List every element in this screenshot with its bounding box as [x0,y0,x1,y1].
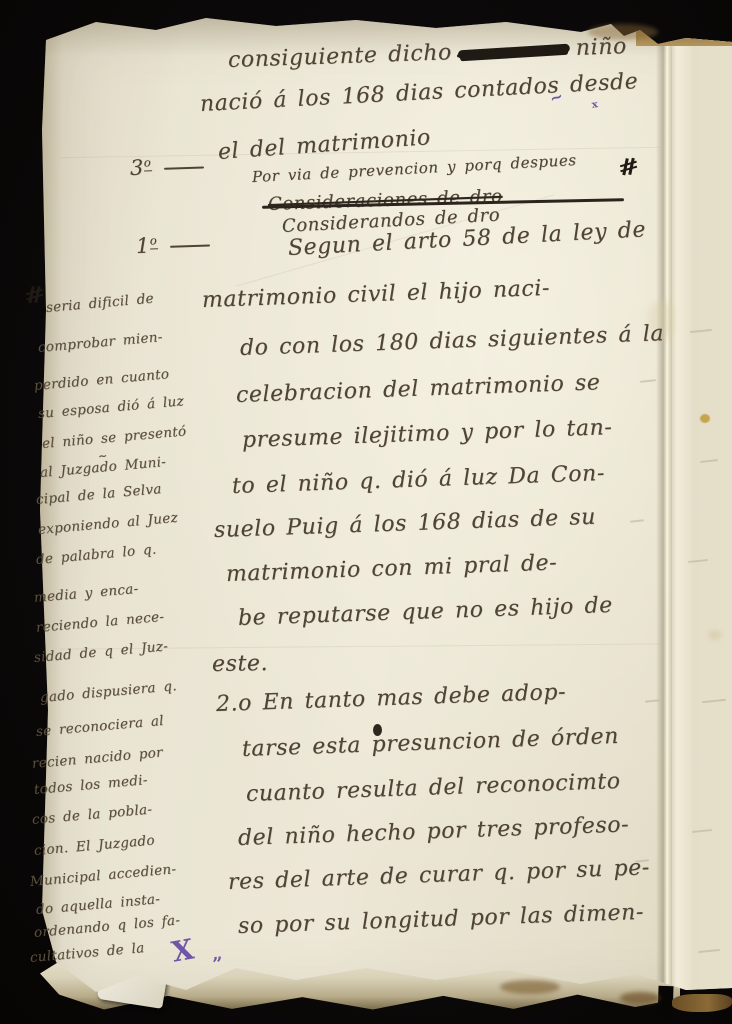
purple-pen-speck: x [591,99,599,111]
manuscript-line: so por su longitud por las dimen- [238,900,645,939]
inked-out-word [458,43,570,59]
margin-note-line: recien nacido por [31,745,163,772]
section-marker: 3o [130,153,204,180]
manuscript-line: be reputarse que no es hijo de [238,593,614,631]
insertion-mark-icon [619,157,636,174]
manuscript-line: cuanto resulta del reconocimto [246,769,621,807]
margin-note-line: cipal de la Selva [35,481,162,508]
margin-note-line: cultativos de la [29,940,145,966]
margin-note-line: comprobar mien- [37,329,163,356]
manuscript-line: 2.o En tanto mas debe adop- [216,680,567,717]
marker-dash [164,166,204,169]
margin-note-line: todos los medi- [33,772,148,798]
manuscript-line: to el niño q. dió á luz Da Con- [232,461,606,499]
manuscript-line: do con los 180 dias siguientes á la [240,321,665,361]
margin-note-line: cos de la pobla- [31,802,153,828]
margin-note-line: reciendo la nece- [35,609,165,636]
insertion-mark-icon [25,285,42,302]
margin-note-line: do aquella insta- [35,891,160,918]
manuscript-line: matrimonio con mi pral de- [226,550,558,587]
section-marker: 1o [136,231,210,258]
mark-stroke [622,158,628,175]
manuscript-line: matrimonio civil el hijo naci- [202,276,551,313]
interlinear-insertion-squiggle: ~ [97,449,108,463]
margin-note-line: cion. El Juzgado [33,832,155,859]
margin-note-line: Municipal accedien- [29,861,177,890]
ordinal-superscript: o [150,233,158,249]
purple-cross-mark: X [169,932,197,968]
margin-note-line: gado dispusiera q. [39,678,177,706]
manuscript-line: suelo Puig á los 168 dias de su [214,505,597,543]
handwriting-layer: consiguiente dichoniñonació á los 168 di… [0,0,732,1024]
marker-dash [170,244,210,247]
manuscript-line: el del matrimonio [217,125,432,165]
mark-stroke [28,286,34,303]
manuscript-line: presume ilejitimo y por lo tan- [242,415,613,453]
margin-note-line: media y enca- [33,581,139,606]
margin-note-line: se reconociera al [35,713,164,740]
margin-note-line: seria dificil de [45,291,154,316]
manuscript-line: este. [212,651,269,677]
manuscript-line: celebracion del matrimonio se [236,370,601,408]
margin-note-line: de palabra lo q. [35,541,157,567]
margin-note-line: exponiendo al Juez [37,510,178,538]
purple-ditto-mark: „ [211,943,224,965]
manuscript-line: del niño hecho por tres profeso- [238,812,630,851]
margin-note-line: su esposa dió á luz [37,393,184,422]
margin-note-line: ordenando q los fa- [33,912,180,941]
manuscript-line: nació á los 168 dias contados desde [199,69,639,117]
manuscript-line: consiguiente dichoniño [228,34,628,73]
manuscript-line: res del arte de curar q. por su pe- [228,855,651,895]
manuscript-line: tarse esta presuncion de órden [242,724,620,762]
margin-note-line: perdido en cuanto [33,366,170,394]
margin-note-line: el niño se presentó [41,423,187,452]
margin-note-line: sidad de q el Juz- [33,638,168,666]
ordinal-superscript: o [144,155,152,171]
photograph-of-manuscript: consiguiente dichoniñonació á los 168 di… [0,0,732,1024]
